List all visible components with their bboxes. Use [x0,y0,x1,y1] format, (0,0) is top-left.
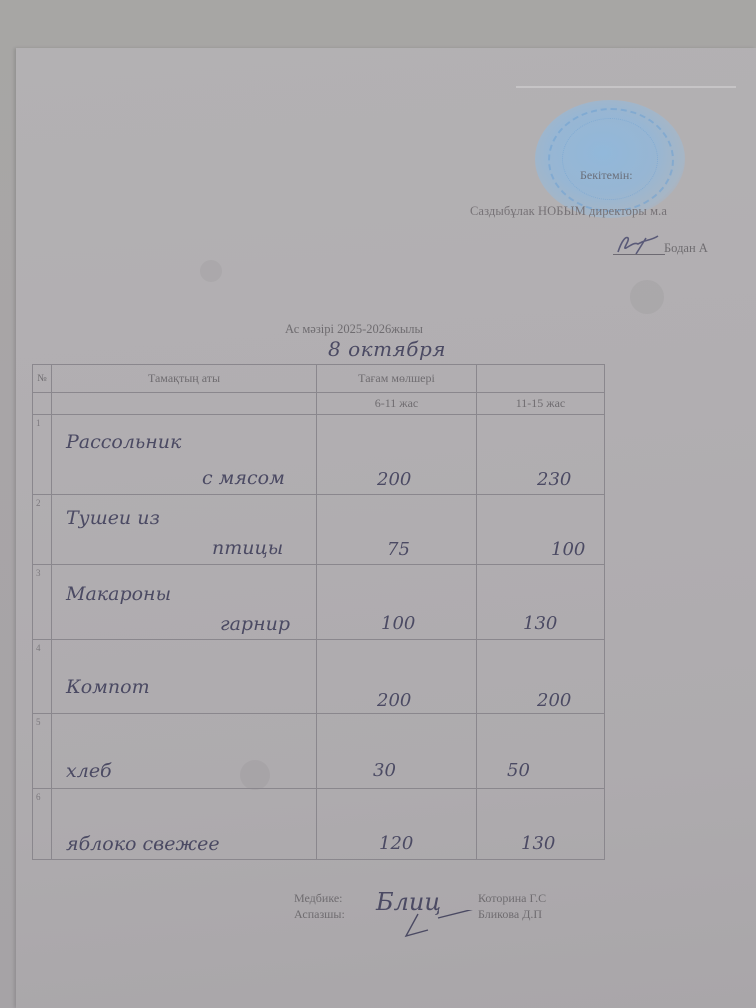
row-number: 5 [36,717,41,727]
qty-6-11: 120 [379,833,413,854]
qty-6-11: 100 [381,613,415,634]
director-name: Бодан А [664,241,708,256]
qty-11-15-cell: 130 [477,789,605,860]
table-row: 3 Макароны гарнир 100 130 [33,565,605,640]
qty-11-15: 100 [551,539,585,560]
dish-cell: Компот [52,640,317,714]
table-row: 1 Рассольник с мясом 200 230 [33,415,605,495]
dish-name: хлеб [66,760,112,782]
row-number-cell: 6 [33,789,52,860]
dish-cell: хлеб [52,714,317,789]
signature-flourish-icon [398,910,488,944]
table-row: 2 Тушеи из птицы 75 100 [33,495,605,565]
dish-cell: Макароны гарнир [52,565,317,640]
qty-6-11: 200 [377,690,411,711]
row-number-cell: 4 [33,640,52,714]
table-header-row: № Тамақтың аты Тағам мөлшері [33,365,605,393]
dish-name-line2: гарнир [220,613,290,635]
row-number-cell: 1 [33,415,52,495]
dish-name-line1: Макароны [66,583,171,605]
dish-name-line2: птицы [212,537,283,559]
table-row: 4 Компот 200 200 [33,640,605,714]
subheader-empty [52,393,317,415]
director-title: Саздыбұлак НОБЫМ директоры м.а [470,204,667,219]
qty-11-15: 130 [523,613,557,634]
row-number: 3 [36,568,41,578]
row-number-cell: 2 [33,495,52,565]
qty-11-15-cell: 100 [477,495,605,565]
row-number: 1 [36,418,41,428]
paper-smudge [630,280,664,314]
qty-11-15-cell: 200 [477,640,605,714]
header-dish-name: Тамақтың аты [52,365,317,393]
qty-6-11: 30 [373,760,396,781]
qty-6-11: 75 [387,539,410,560]
nurse-name: Которина Г.С [478,891,546,906]
table-row: 6 яблоко свежее 120 130 [33,789,605,860]
qty-6-11-cell: 200 [317,640,477,714]
menu-title: Ас мәзірі 2025-2026жылы [285,322,423,337]
header-age-11-15: 11-15 жас [477,393,605,415]
row-number: 6 [36,792,41,802]
qty-6-11-cell: 120 [317,789,477,860]
dish-cell: Рассольник с мясом [52,415,317,495]
header-portion: Тағам мөлшері [317,365,477,393]
dish-name: яблоко свежее [66,833,220,855]
header-number: № [33,365,52,393]
row-number: 2 [36,498,41,508]
qty-6-11-cell: 200 [317,415,477,495]
dish-cell: Тушеи из птицы [52,495,317,565]
menu-table: № Тамақтың аты Тағам мөлшері 6-11 жас 11… [32,364,605,860]
menu-date: 8 октября [328,337,446,361]
table-row: 5 хлеб 30 50 [33,714,605,789]
paper-smudge [200,260,222,282]
page-edge [516,86,736,88]
qty-6-11-cell: 30 [317,714,477,789]
header-empty [477,365,605,393]
row-number-cell: 3 [33,565,52,640]
qty-6-11: 200 [377,469,411,490]
cook-label: Аспазшы: [294,907,345,922]
dish-name-line1: Рассольник [66,431,181,453]
nurse-label: Медбике: [294,891,343,906]
qty-11-15: 130 [521,833,555,854]
qty-11-15-cell: 130 [477,565,605,640]
qty-11-15-cell: 50 [477,714,605,789]
qty-11-15: 200 [537,690,571,711]
dish-cell: яблоко свежее [52,789,317,860]
table-subheader-row: 6-11 жас 11-15 жас [33,393,605,415]
stamp-ring-inner [562,118,658,200]
subheader-empty [33,393,52,415]
header-age-6-11: 6-11 жас [317,393,477,415]
qty-11-15: 50 [507,760,530,781]
qty-6-11-cell: 100 [317,565,477,640]
qty-11-15: 230 [537,469,571,490]
row-number-cell: 5 [33,714,52,789]
approval-caption: Бекітемін: [580,168,633,183]
dish-name-line2: с мясом [202,467,285,489]
row-number: 4 [36,643,41,653]
qty-11-15-cell: 230 [477,415,605,495]
dish-name-line1: Тушеи из [66,507,160,529]
dish-name: Компот [66,676,150,698]
director-signature-icon [612,232,666,256]
qty-6-11-cell: 75 [317,495,477,565]
signature-line [613,254,665,255]
